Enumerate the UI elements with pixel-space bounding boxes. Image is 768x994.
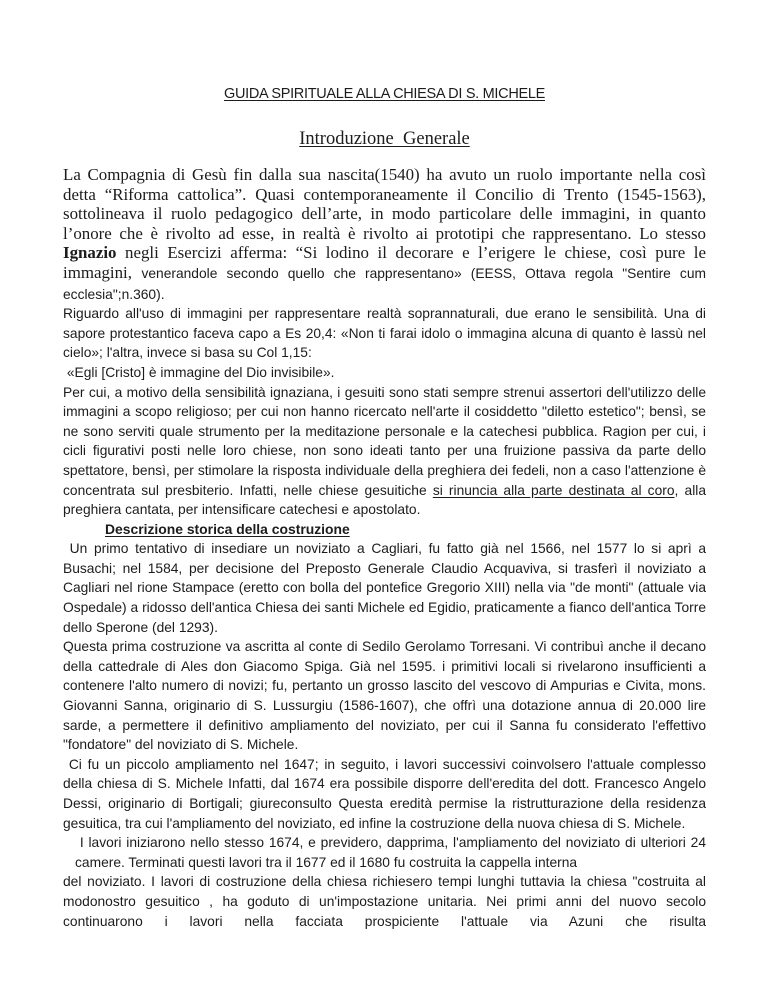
paragraph-facciata-azuni: del noviziato. I lavori di costruzione d…	[63, 872, 706, 931]
section-heading-descrizione-storica: Descrizione storica della costruzione	[105, 520, 706, 540]
line-citazione-colossesi: «Egli [Cristo] è immagine del Dio invisi…	[63, 363, 706, 383]
document-page: GUIDA SPIRITUALE ALLA CHIESA DI S. MICHE…	[0, 0, 768, 994]
sensibilita-run-1: Per cui, a motivo della sensibilità igna…	[63, 385, 710, 498]
underlined-phrase-coro: si rinuncia alla parte destinata al coro	[433, 483, 675, 498]
paragraph-ampliamento-1647: Ci fu un piccolo ampliamento nel 1647; i…	[63, 755, 706, 833]
doc-title: GUIDA SPIRITUALE ALLA CHIESA DI S. MICHE…	[63, 86, 706, 102]
paragraph-lavori-1674: I lavori iniziarono nello stesso 1674, e…	[75, 833, 706, 872]
ignazio-bold-run: Ignazio	[63, 243, 117, 262]
doc-subtitle: Introduzione Generale	[63, 128, 706, 150]
paragraph-uso-immagini: Riguardo all'uso di immagini per rappres…	[63, 304, 706, 363]
paragraph-torresani-sanna: Questa prima costruzione va ascritta al …	[63, 637, 706, 755]
paragraph-primo-noviziato: Un primo tentativo di insediare un noviz…	[63, 539, 706, 637]
intro-serif-run-1: La Compagnia di Gesù fin dalla sua nasci…	[63, 165, 710, 243]
paragraph-compagnia-di-gesu: La Compagnia di Gesù fin dalla sua nasci…	[63, 165, 706, 304]
paragraph-sensibilita-ignaziana: Per cui, a motivo della sensibilità igna…	[63, 383, 706, 520]
intro-sans-run: venerandole secondo quello che rappresen…	[63, 266, 710, 302]
